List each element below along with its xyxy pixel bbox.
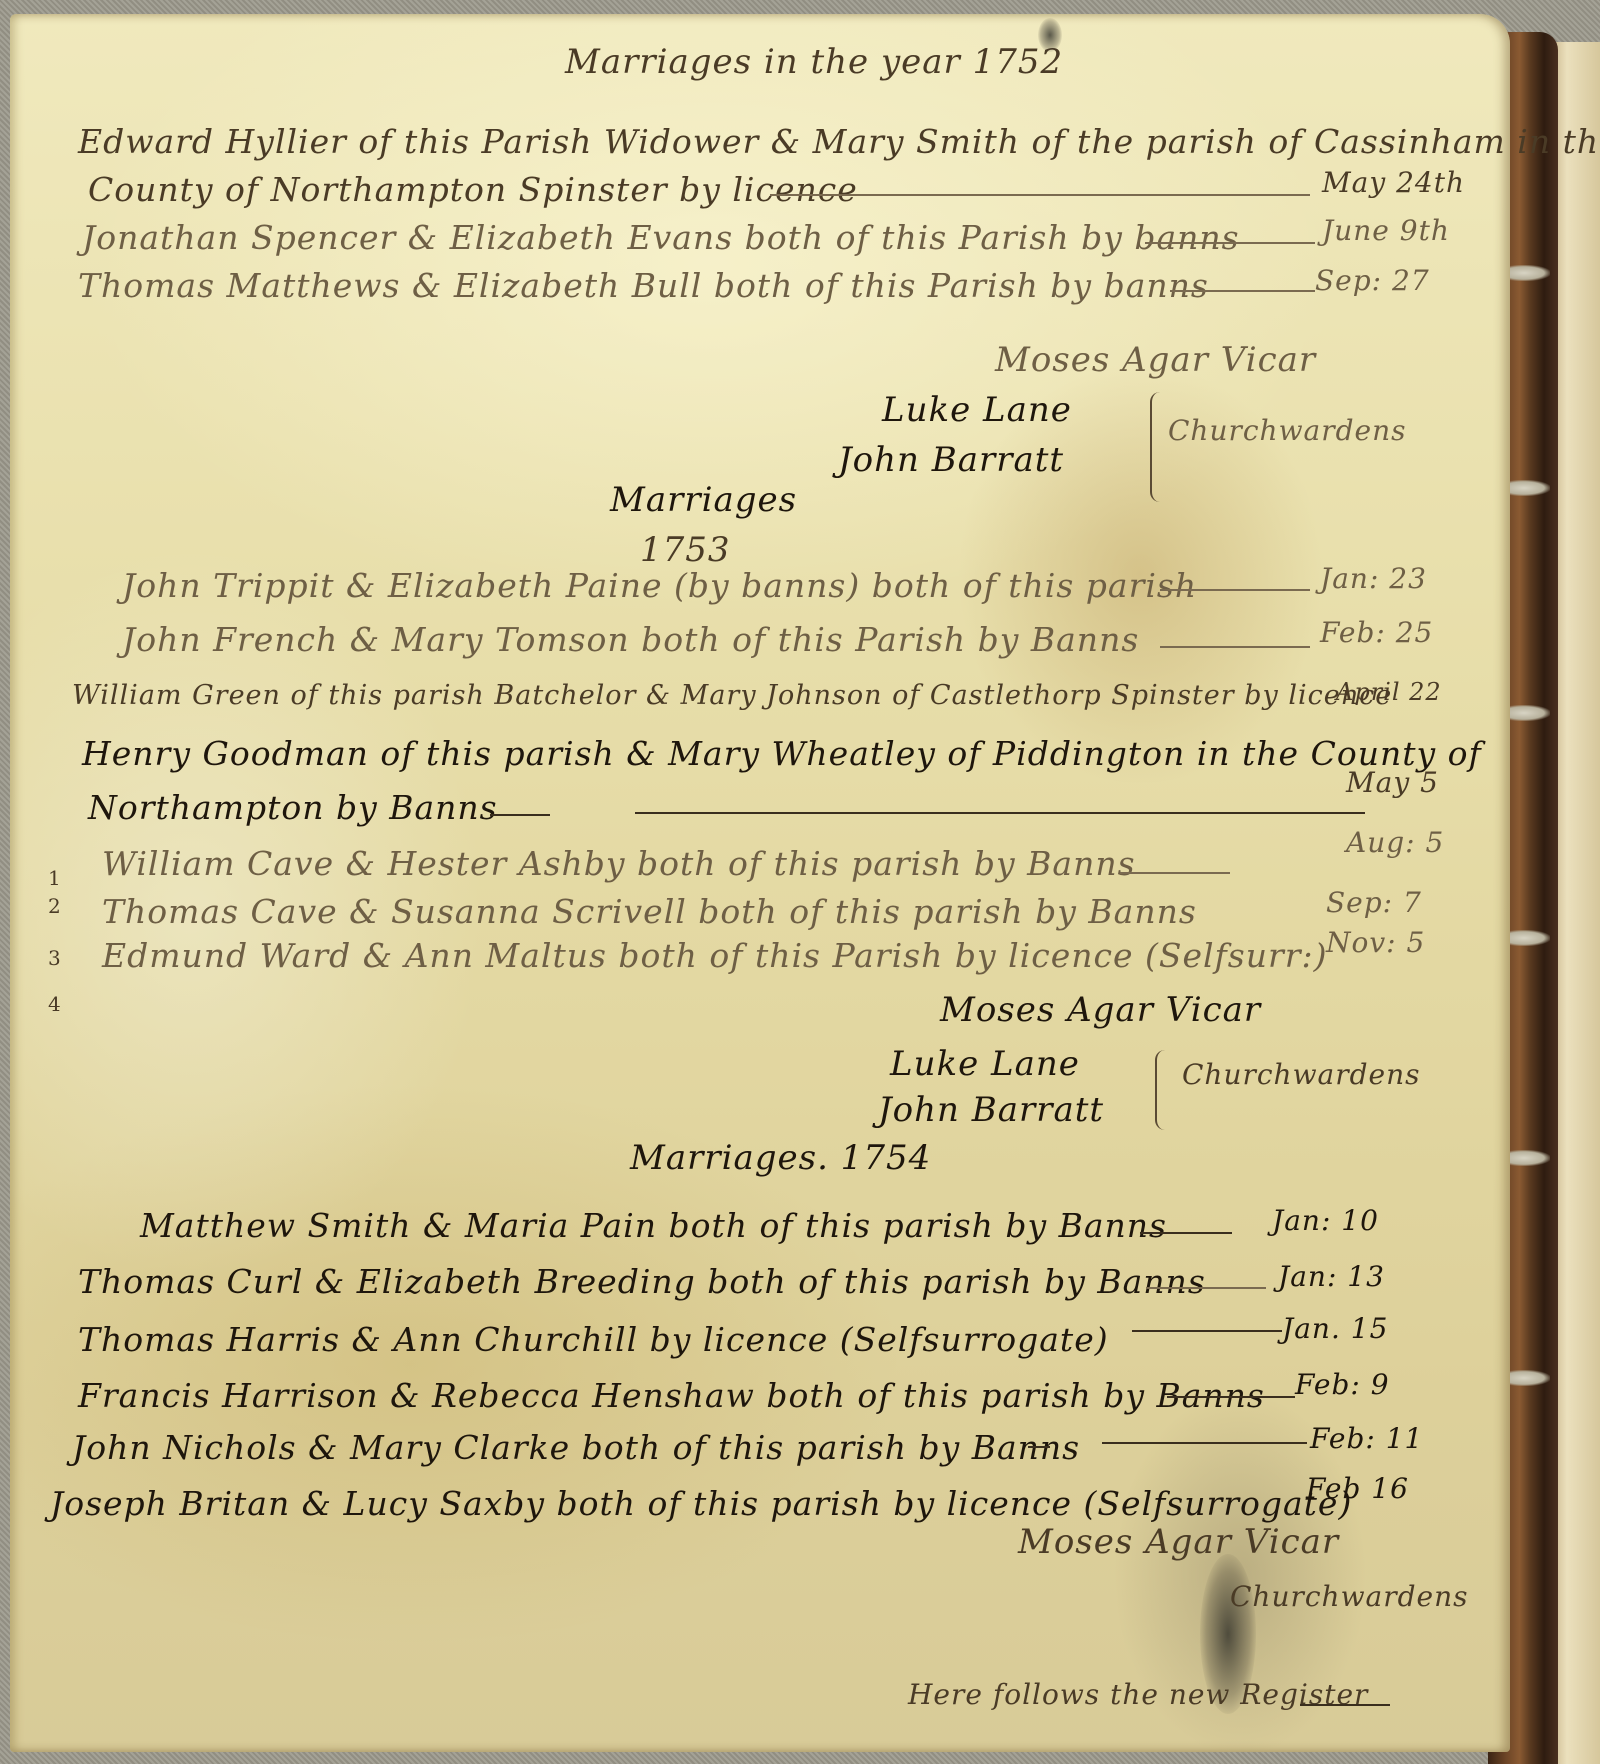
entry-1754-1-date: Jan: 10: [1272, 1204, 1379, 1237]
entry-1754-3: Thomas Harris & Ann Churchill by licence…: [78, 1320, 1109, 1359]
entry-1753-3-date: April 22: [1336, 678, 1442, 706]
margin-mark: 1: [48, 866, 61, 890]
entry-rule: [1140, 1232, 1232, 1234]
entry-1753-4-date: May 5: [1346, 766, 1439, 799]
entry-rule: [1132, 1330, 1282, 1332]
entry-1752-2: Jonathan Spencer & Elizabeth Evans both …: [82, 218, 1240, 257]
entry-rule: [490, 814, 550, 816]
entry-1753-5: William Cave & Hester Ashby both of this…: [102, 844, 1136, 883]
churchwardens-label-1753: Churchwardens: [1182, 1058, 1421, 1091]
entry-1753-7: Edmund Ward & Ann Maltus both of this Pa…: [102, 936, 1328, 975]
churchwardens-label-1754: Churchwardens: [1230, 1580, 1469, 1613]
entry-1753-4-line2: Northampton by Banns: [88, 788, 498, 827]
entry-1753-6: Thomas Cave & Susanna Scrivell both of t…: [102, 892, 1197, 931]
entry-1754-2-date: Jan: 13: [1278, 1260, 1385, 1293]
entry-1752-3-date: Sep: 27: [1315, 264, 1430, 297]
entry-rule: [770, 194, 1310, 196]
footer-rule: [1300, 1704, 1390, 1706]
signature-vicar-1752: Moses Agar Vicar: [995, 340, 1316, 380]
signature-vicar-1753: Moses Agar Vicar: [940, 990, 1261, 1030]
margin-mark: 4: [48, 992, 61, 1016]
section-year-1753: 1753: [640, 530, 731, 570]
margin-mark: 3: [48, 946, 61, 970]
entry-1753-2: John French & Mary Tomson both of this P…: [122, 620, 1139, 659]
footer-note: Here follows the new Register: [908, 1678, 1368, 1711]
entry-1754-2: Thomas Curl & Elizabeth Breeding both of…: [78, 1262, 1206, 1301]
entry-1754-5: John Nichols & Mary Clarke both of this …: [72, 1428, 1080, 1467]
entry-1754-3-date: Jan. 15: [1282, 1312, 1388, 1345]
register-page: Marriages in the year 1752 Edward Hyllie…: [10, 14, 1510, 1752]
entry-rule: [1145, 242, 1315, 244]
entry-1754-5-date: Feb: 11: [1310, 1422, 1423, 1455]
brace: [1155, 1050, 1171, 1130]
churchwardens-label-1752: Churchwardens: [1168, 414, 1407, 447]
brace: [1150, 392, 1166, 502]
entry-1753-7-date: Nov: 5: [1326, 926, 1425, 959]
signature-warden-1-1753: Luke Lane: [890, 1044, 1080, 1084]
section-heading-1753: Marriages: [610, 480, 797, 520]
entry-1753-4-line1: Henry Goodman of this parish & Mary Whea…: [82, 734, 1482, 773]
signature-warden-1-1752: Luke Lane: [882, 390, 1072, 430]
entry-1753-3: William Green of this parish Batchelor &…: [72, 680, 1392, 711]
entry-rule: [1167, 1396, 1295, 1398]
entry-rule: [1028, 1446, 1050, 1448]
entry-1753-5-date: Aug: 5: [1346, 826, 1444, 859]
entry-1754-1: Matthew Smith & Maria Pain both of this …: [140, 1206, 1167, 1245]
entry-1754-4: Francis Harrison & Rebecca Henshaw both …: [78, 1376, 1265, 1415]
entry-rule: [1160, 589, 1310, 591]
entry-1754-4-date: Feb: 9: [1295, 1368, 1390, 1401]
entry-rule: [1120, 872, 1230, 874]
entry-rule: [1146, 1287, 1266, 1289]
entry-1753-6-date: Sep: 7: [1326, 886, 1422, 919]
entry-1754-6-date: Feb 16: [1306, 1472, 1409, 1505]
section-heading-1754: Marriages. 1754: [630, 1138, 931, 1178]
entry-rule: [1102, 1442, 1307, 1444]
entry-1753-1-date: Jan: 23: [1320, 562, 1427, 595]
entry-1752-1-date: May 24th: [1322, 166, 1465, 199]
entry-1754-6: Joseph Britan & Lucy Saxby both of this …: [50, 1484, 1352, 1523]
entry-1752-1-line1: Edward Hyllier of this Parish Widower & …: [78, 122, 1600, 161]
signature-warden-2-1752: John Barratt: [838, 440, 1064, 480]
signature-warden-2-1753: John Barratt: [878, 1090, 1104, 1130]
signature-vicar-1754: Moses Agar Vicar: [1018, 1522, 1339, 1562]
entry-1753-2-date: Feb: 25: [1320, 616, 1433, 649]
entry-rule: [1170, 290, 1315, 292]
entry-1752-1-line2: County of Northampton Spinster by licenc…: [88, 170, 858, 209]
entry-rule: [1160, 646, 1310, 648]
entry-1752-2-date: June 9th: [1322, 214, 1450, 247]
entry-1753-1: John Trippit & Elizabeth Paine (by banns…: [122, 566, 1197, 605]
entry-1752-3: Thomas Matthews & Elizabeth Bull both of…: [78, 266, 1209, 305]
ink-blot: [1038, 18, 1062, 52]
section-heading-1752: Marriages in the year 1752: [565, 42, 1063, 82]
margin-mark: 2: [48, 894, 61, 918]
entry-rule: [635, 812, 1365, 814]
